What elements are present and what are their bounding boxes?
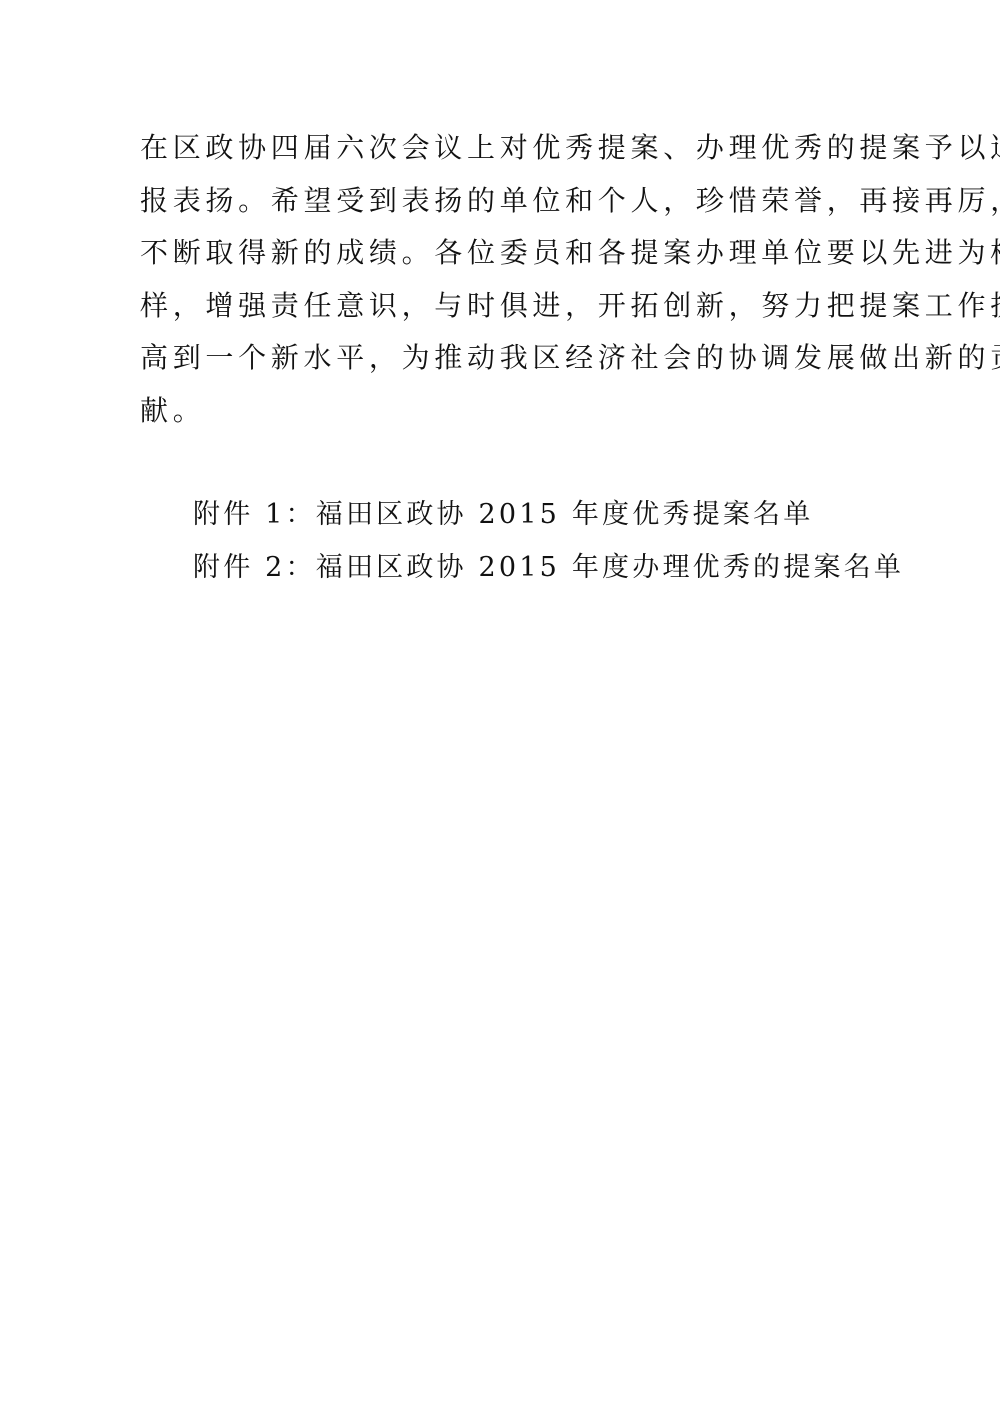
attachment-2: 附件 2：福田区政协 2015 年度办理优秀的提案名单 <box>193 546 873 599</box>
paragraph-line: 报表扬。希望受到表扬的单位和个人，珍惜荣誉，再接再厉， <box>140 179 862 232</box>
document-page: 在区政协四届六次会议上对优秀提案、办理优秀的提案予以通 报表扬。希望受到表扬的单… <box>0 0 1000 1414</box>
body-paragraph: 在区政协四届六次会议上对优秀提案、办理优秀的提案予以通 报表扬。希望受到表扬的单… <box>140 126 862 442</box>
paragraph-line: 高到一个新水平，为推动我区经济社会的协调发展做出新的贡 <box>140 336 862 389</box>
paragraph-line: 在区政协四届六次会议上对优秀提案、办理优秀的提案予以通 <box>140 126 862 179</box>
paragraph-line: 不断取得新的成绩。各位委员和各提案办理单位要以先进为榜 <box>140 231 862 284</box>
paragraph-line: 样，增强责任意识，与时俱进，开拓创新，努力把提案工作提 <box>140 284 862 337</box>
paragraph-line: 献。 <box>140 389 862 442</box>
attachments-list: 附件 1：福田区政协 2015 年度优秀提案名单 附件 2：福田区政协 2015… <box>193 493 873 598</box>
attachment-1: 附件 1：福田区政协 2015 年度优秀提案名单 <box>193 493 873 546</box>
